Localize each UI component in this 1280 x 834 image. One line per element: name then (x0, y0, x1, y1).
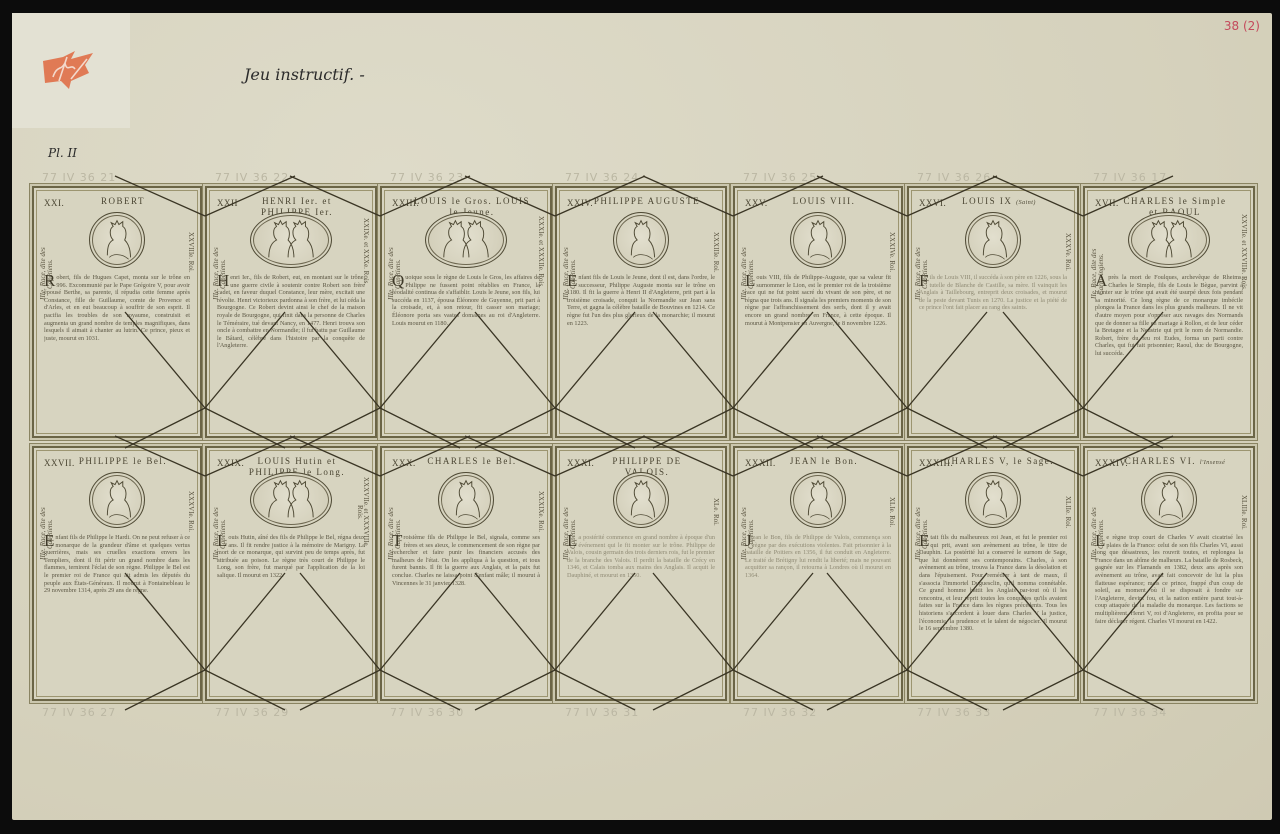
portrait-medallion-icon (1128, 212, 1210, 268)
drop-cap: F (919, 274, 928, 288)
drop-cap: L (217, 534, 227, 548)
drop-cap: L (567, 534, 577, 548)
portrait-medallion-icon (613, 472, 669, 528)
king-epithet: (Saint) (1016, 200, 1036, 206)
card-biography: Était fils du malheureux roi Jean, et fu… (919, 534, 1067, 689)
biography-text: tait fils du malheureux roi Jean, et fut… (919, 534, 1067, 632)
card-inner: XXXII. JEAN le Bon. IIIe. Race, dite des… (741, 454, 895, 693)
king-name: CHARLES V, le Sage. (941, 456, 1057, 469)
portrait-medallion-icon (965, 472, 1021, 528)
drop-cap: R (44, 274, 55, 288)
biography-text: obert, fils de Hugues Capet, monta sur l… (44, 274, 190, 342)
drop-cap: E (44, 534, 54, 548)
card-inner: XXIX. LOUIS Hutin et PHILIPPE le Long. I… (213, 454, 369, 693)
inventory-number: 77 IV 36 24 (565, 171, 639, 184)
card-number: XXI. (44, 198, 64, 208)
biography-text: ils de Louis VIII, il succéda à son père… (919, 274, 1067, 311)
king-name-text: CHARLES VI. (1125, 456, 1196, 466)
card-biography: Le règne trop court de Charles V avait c… (1095, 534, 1243, 689)
drop-cap: L (1095, 534, 1105, 548)
drop-cap: É (919, 534, 929, 548)
king-name-text: LOUIS VIII. (793, 196, 856, 206)
plate-label: Pl. II (48, 146, 77, 160)
king-epithet: l'Insensé (1200, 460, 1225, 466)
portrait-medallion-icon (790, 472, 846, 528)
drop-cap: E (567, 274, 577, 288)
card-11: XXXI. PHILIPPE DE VALOIS. IIIe. Race, di… (555, 446, 727, 701)
card-biography: Henri Ier., fils de Robert, eut, en mont… (217, 274, 365, 426)
king-name: ROBERT (66, 196, 180, 209)
shelfmark: 38 (2) (1224, 19, 1260, 33)
inventory-number: 77 IV 36 22 (215, 171, 289, 184)
handwritten-title: Jeu instructif. - (244, 65, 365, 84)
card-8: XXVII. PHILIPPE le Bel. IIIe. Race, dite… (32, 446, 202, 701)
portrait-medallion-icon (250, 472, 332, 528)
card-9: XXIX. LOUIS Hutin et PHILIPPE le Long. I… (205, 446, 377, 701)
card-7: XVII. CHARLES le Simple et RAOUL IIe. Ra… (1083, 186, 1255, 438)
biography-text: e règne trop court de Charles V avait ci… (1095, 534, 1243, 625)
king-name: PHILIPPE le Bel. (66, 456, 180, 469)
card-13: XXXIII. CHARLES V, le Sage. IIIe. Race, … (907, 446, 1079, 701)
card-number: XVII. (1095, 198, 1119, 208)
portrait-medallion-icon (1141, 472, 1197, 528)
card-12: XXXII. JEAN le Bon. IIIe. Race, dite des… (733, 446, 903, 701)
biography-text: uoique sous le règne de Louis le Gros, l… (392, 274, 540, 327)
inventory-number: 77 IV 36 26 (917, 171, 991, 184)
biography-text: ouis VIII, fils de Philippe-Auguste, que… (745, 274, 891, 327)
king-name-text: CHARLES V, le Sage. (944, 456, 1054, 466)
card-inner: XXVII. PHILIPPE le Bel. IIIe. Race, dite… (40, 454, 194, 693)
biography-text: nfant fils de Louis le Jeune, dont il es… (567, 274, 715, 327)
card-biography: La postérité commence en grand nombre à … (567, 534, 715, 689)
king-name-text: CHARLES le Bel. (427, 456, 516, 466)
card-inner: XXIII. LOUIS le Gros. LOUIS le Jeune. II… (388, 194, 544, 430)
card-2: XXII HENRI Ier. et PHILIPPE Ier. IIIe. R… (205, 186, 377, 438)
inventory-number: 77 IV 36 21 (42, 171, 116, 184)
card-inner: XXVI. LOUIS IX (Saint) IIIe. Race, dite … (915, 194, 1071, 430)
inventory-number: 77 IV 36 17 (1093, 171, 1167, 184)
biography-text: enri Ier., fils de Robert, eut, en monta… (217, 274, 365, 349)
portrait-medallion-icon (89, 212, 145, 268)
card-10: XXX. CHARLES le Bel. IIIe. Race, dite de… (380, 446, 552, 701)
biography-text: près la mort de Foulques, archevêque de … (1095, 274, 1243, 357)
card-inner: XXV. LOUIS VIII. IIIe. Race, dite des Ca… (741, 194, 895, 430)
card-inner: XXXI. PHILIPPE DE VALOIS. IIIe. Race, di… (563, 454, 719, 693)
biography-text: ean le Bon, fils de Philippe de Valois, … (745, 534, 891, 579)
card-4: XXIV. PHILIPPE AUGUSTE IIIe. Race, dite … (555, 186, 727, 438)
king-name: PHILIPPE AUGUSTE (589, 196, 705, 209)
card-biography: Fils de Louis VIII, il succéda à son pèr… (919, 274, 1067, 426)
card-inner: XVII. CHARLES le Simple et RAOUL IIe. Ra… (1091, 194, 1247, 430)
king-name-text: LOUIS IX (962, 196, 1012, 206)
inventory-number: 77 IV 36 25 (743, 171, 817, 184)
inventory-number: 77 IV 36 30 (390, 706, 464, 719)
king-name: LOUIS VIII. (767, 196, 881, 209)
card-biography: Louis Hutin, aîné des fils de Philippe l… (217, 534, 365, 689)
card-inner: XXXIV. CHARLES VI. l'Insensé IIIe. Race,… (1091, 454, 1247, 693)
card-14: XXXIV. CHARLES VI. l'Insensé IIIe. Race,… (1083, 446, 1255, 701)
card-number: XXX. (392, 458, 416, 468)
biography-text: nfant fils de Philippe le Hardi. On ne p… (44, 534, 190, 594)
card-number: XXV. (745, 198, 768, 208)
stamp-panel (12, 13, 130, 128)
king-name-text: ROBERT (101, 196, 145, 206)
card-6: XXVI. LOUIS IX (Saint) IIIe. Race, dite … (907, 186, 1079, 438)
card-biography: Robert, fils de Hugues Capet, monta sur … (44, 274, 190, 426)
king-name: CHARLES le Bel. (414, 456, 530, 469)
portrait-medallion-icon (89, 472, 145, 528)
inventory-number: 77 IV 36 31 (565, 706, 639, 719)
portrait-medallion-icon (965, 212, 1021, 268)
card-number: XXII (217, 198, 238, 208)
card-inner: XXIV. PHILIPPE AUGUSTE IIIe. Race, dite … (563, 194, 719, 430)
card-3: XXIII. LOUIS le Gros. LOUIS le Jeune. II… (380, 186, 552, 438)
inventory-number: 77 IV 36 32 (743, 706, 817, 719)
card-inner: XXI. ROBERT IIIe. Race, dite des Capétie… (40, 194, 194, 430)
card-biography: Jean le Bon, fils de Philippe de Valois,… (745, 534, 891, 689)
portrait-medallion-icon (425, 212, 507, 268)
king-name: CHARLES VI. l'Insensé (1117, 456, 1233, 469)
card-biography: Après la mort de Foulques, archevêque de… (1095, 274, 1243, 426)
inventory-number: 77 IV 36 34 (1093, 706, 1167, 719)
king-name-text: PHILIPPE le Bel. (79, 456, 167, 466)
inventory-number: 77 IV 36 33 (917, 706, 991, 719)
inventory-number: 77 IV 36 29 (215, 706, 289, 719)
drop-cap: J (745, 534, 752, 548)
drop-cap: Q (392, 274, 404, 288)
card-inner: XXX. CHARLES le Bel. IIIe. Race, dite de… (388, 454, 544, 693)
drop-cap: T (392, 534, 402, 548)
card-biography: Enfant fils de Louis le Jeune, dont il e… (567, 274, 715, 426)
card-5: XXV. LOUIS VIII. IIIe. Race, dite des Ca… (733, 186, 903, 438)
portrait-medallion-icon (790, 212, 846, 268)
king-name: LOUIS IX (Saint) (941, 196, 1057, 209)
card-biography: Quoique sous le règne de Louis le Gros, … (392, 274, 540, 426)
card-biography: Enfant fils de Philippe le Hardi. On ne … (44, 534, 190, 689)
drop-cap: H (217, 274, 229, 288)
inventory-number: 77 IV 36 23 (390, 171, 464, 184)
king-name: JEAN le Bon. (767, 456, 881, 469)
card-inner: XXXIII. CHARLES V, le Sage. IIIe. Race, … (915, 454, 1071, 693)
king-name-text: PHILIPPE AUGUSTE (594, 196, 700, 206)
portrait-medallion-icon (250, 212, 332, 268)
biography-text: a postérité commence en grand nombre à é… (567, 534, 715, 579)
card-biography: Louis VIII, fils de Philippe-Auguste, qu… (745, 274, 891, 426)
drop-cap: L (745, 274, 755, 288)
drop-cap: A (1095, 274, 1107, 288)
card-biography: Troisième fils de Philippe le Bel, signa… (392, 534, 540, 689)
card-1: XXI. ROBERT IIIe. Race, dite des Capétie… (32, 186, 202, 438)
portrait-medallion-icon (613, 212, 669, 268)
collection-stamp-icon (41, 51, 95, 89)
portrait-medallion-icon (438, 472, 494, 528)
biography-text: roisième fils de Philippe le Bel, signal… (392, 534, 540, 587)
king-name-text: JEAN le Bon. (790, 456, 858, 466)
inventory-number: 77 IV 36 27 (42, 706, 116, 719)
biography-text: ouis Hutin, aîné des fils de Philippe le… (217, 534, 365, 579)
card-inner: XXII HENRI Ier. et PHILIPPE Ier. IIIe. R… (213, 194, 369, 430)
